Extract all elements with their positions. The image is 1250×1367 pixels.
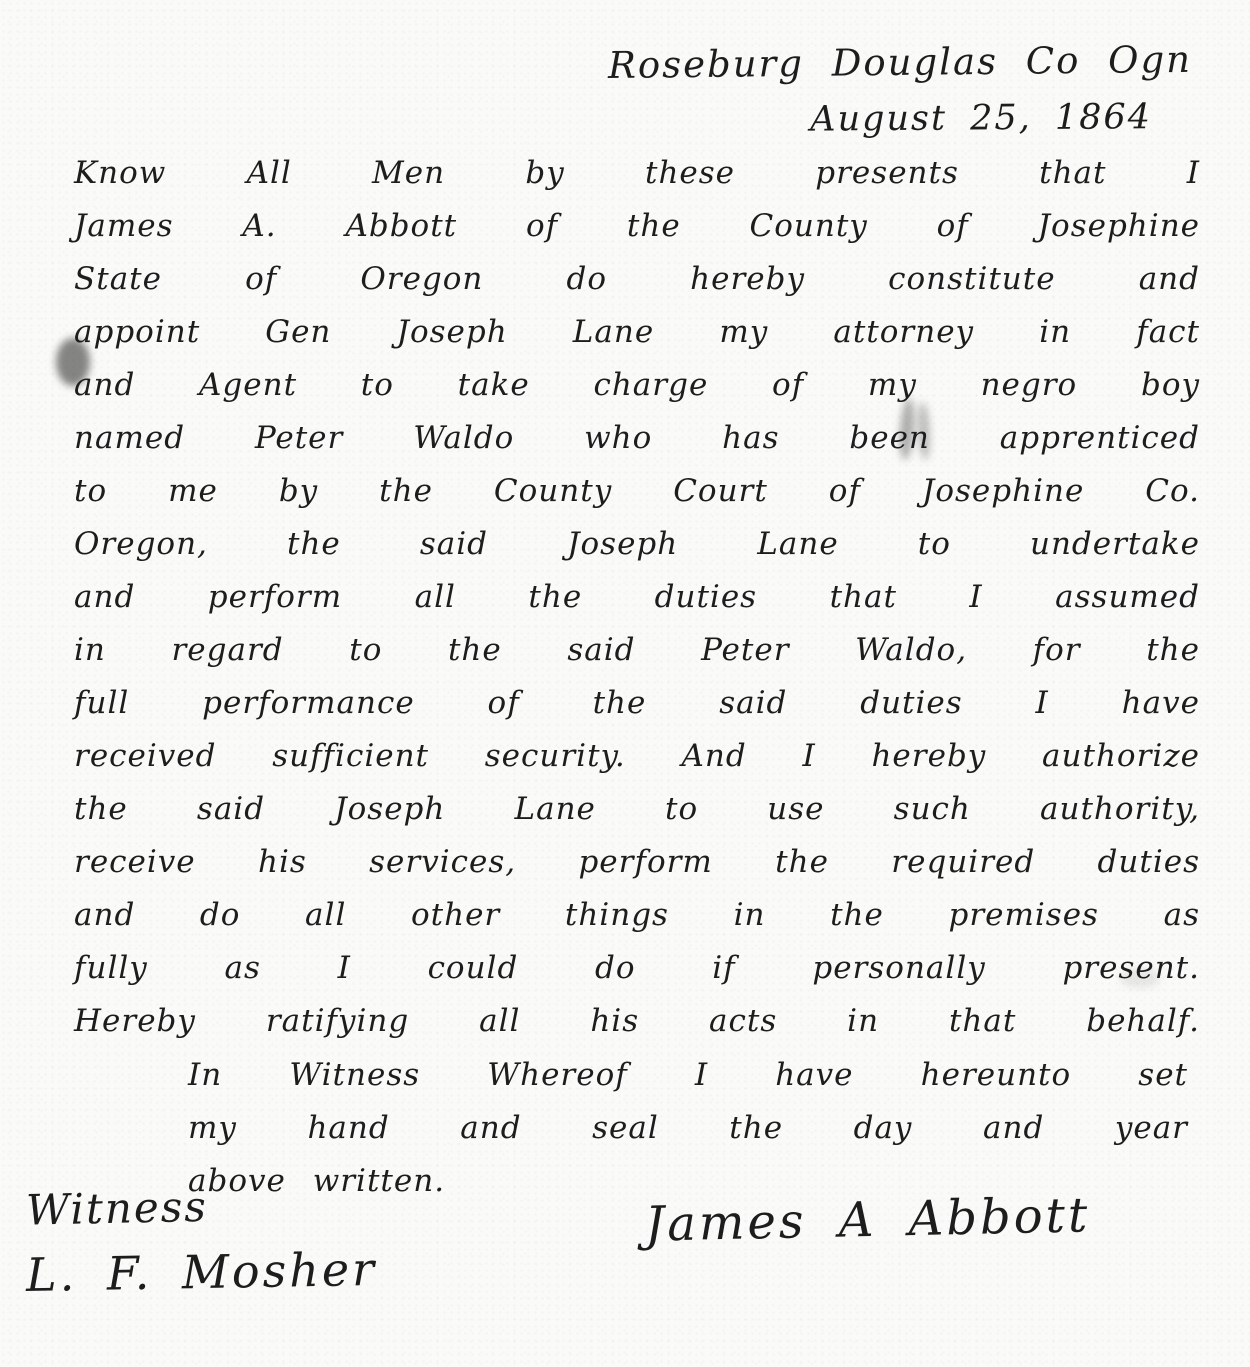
- body-line-13: the said Joseph Lane to use such authori…: [74, 783, 1200, 836]
- place-dateline: Roseburg Douglas Co Ogn: [0, 38, 1210, 94]
- scanned-document-page: Roseburg Douglas Co Ogn August 25, 1864 …: [0, 0, 1250, 1367]
- body-line-6: named Peter Waldo who has been apprentic…: [74, 412, 1200, 465]
- body-line-2: James A. Abbott of the County of Josephi…: [74, 200, 1200, 253]
- body-line-17: Hereby ratifying all his acts in that be…: [74, 995, 1200, 1048]
- body-line-15: and do all other things in the premises …: [74, 889, 1200, 942]
- document-header: Roseburg Douglas Co Ogn August 25, 1864: [0, 44, 1210, 141]
- closing-line-2: my hand and seal the day and year: [188, 1102, 1188, 1155]
- body-line-4: appoint Gen Joseph Lane my attorney in f…: [74, 306, 1200, 359]
- body-line-11: full performance of the said duties I ha…: [74, 677, 1200, 730]
- body-line-7: to me by the County Court of Josephine C…: [74, 465, 1200, 518]
- body-line-5: and Agent to take charge of my negro boy: [74, 359, 1200, 412]
- body-line-10: in regard to the said Peter Waldo, for t…: [74, 624, 1200, 677]
- date-line: August 25, 1864: [0, 97, 1210, 145]
- signer-signature: James A Abbott: [644, 1187, 1090, 1252]
- body-line-12: received sufficient security. And I here…: [74, 730, 1200, 783]
- witness-label: Witness: [26, 1178, 378, 1234]
- witness-block: Witness L. F. Mosher: [26, 1182, 377, 1299]
- body-line-8: Oregon, the said Joseph Lane to undertak…: [74, 518, 1200, 571]
- body-line-3: State of Oregon do hereby constitute and: [74, 253, 1200, 306]
- body-line-14: receive his services, perform the requir…: [74, 836, 1200, 889]
- body-line-1: Know All Men by these presents that I: [74, 147, 1200, 200]
- body-line-16: fully as I could do if personally presen…: [74, 942, 1200, 995]
- document-body: Know All Men by these presents that I Ja…: [74, 147, 1200, 1048]
- body-line-9: and perform all the duties that I assume…: [74, 571, 1200, 624]
- closing-line-1: In Witness Whereof I have hereunto set: [188, 1049, 1188, 1102]
- witness-signature: L. F. Mosher: [26, 1242, 378, 1302]
